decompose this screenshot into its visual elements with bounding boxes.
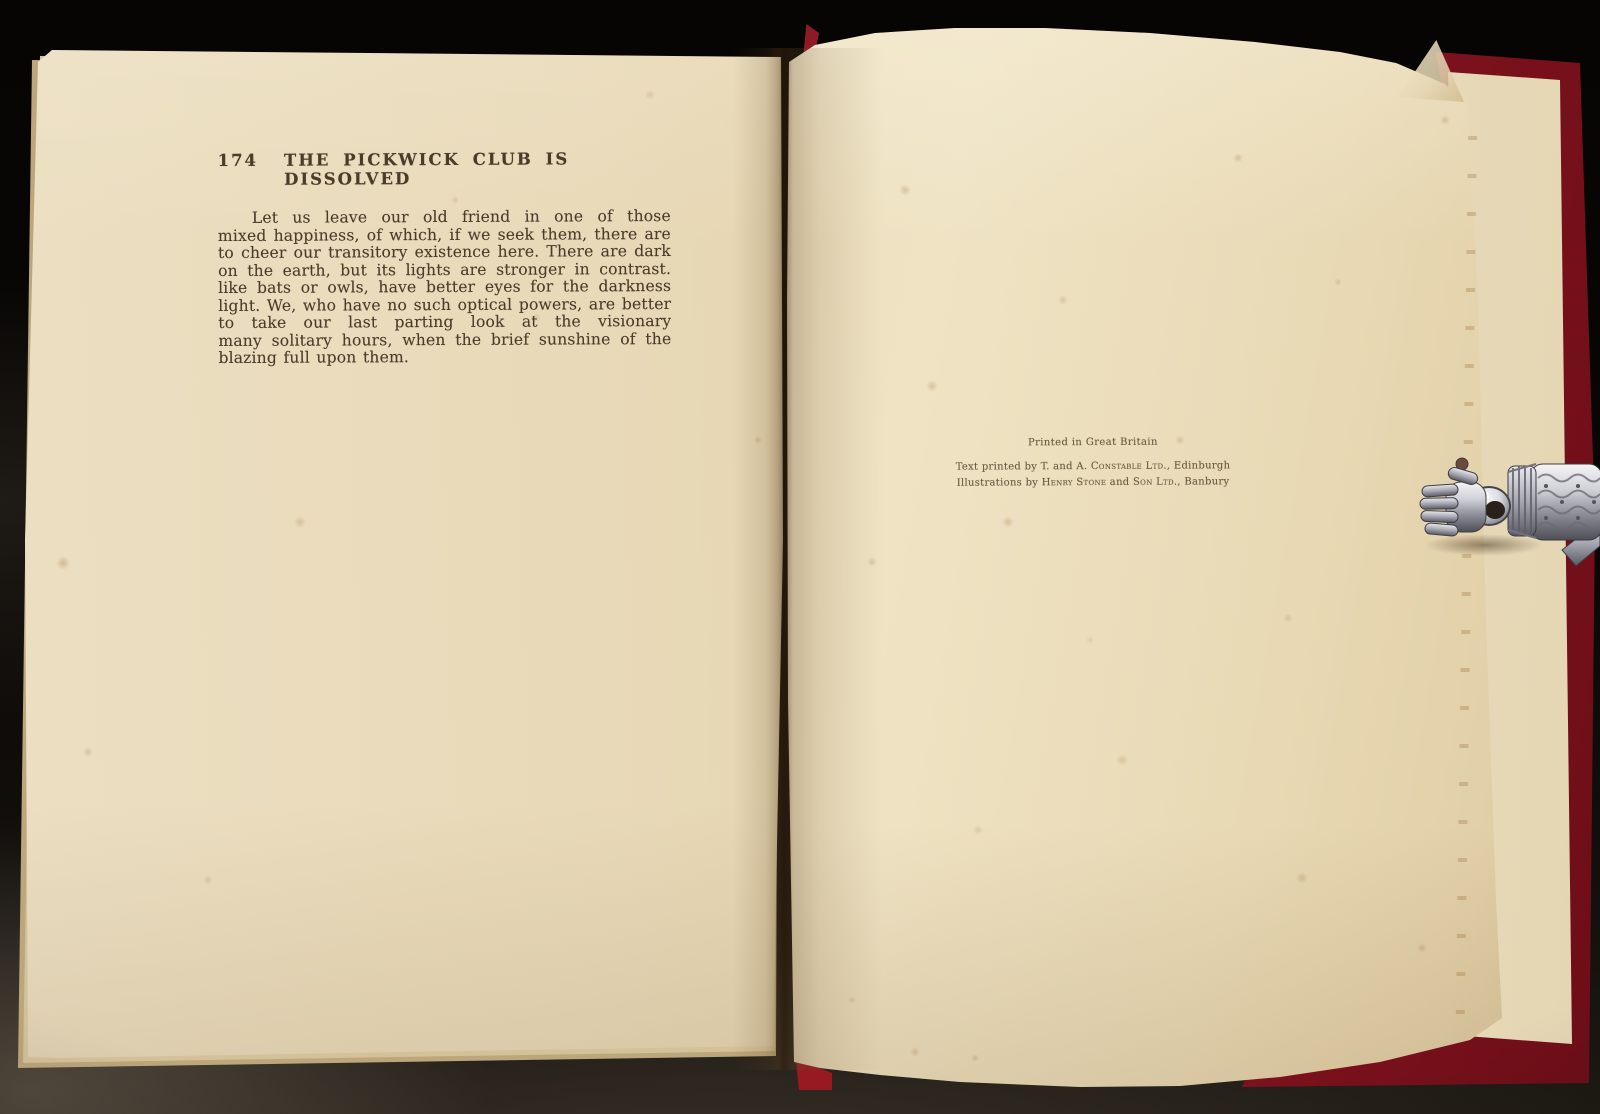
paragraph-line: Let us leave our old friend in one of th…	[218, 208, 671, 227]
foxing-spot	[1233, 153, 1243, 163]
foxing-spot	[1116, 754, 1128, 766]
clip-hand	[1420, 458, 1486, 536]
illustrator-name: Son Ltd.	[1133, 476, 1177, 487]
colophon-line-3: Illustrations by Henry Stone and Son Ltd…	[933, 474, 1253, 491]
colophon-text: Illustrations by	[957, 477, 1042, 488]
foxing-spot	[1296, 872, 1308, 884]
foxing-spot	[926, 380, 938, 392]
foxing-spot	[910, 1047, 920, 1057]
silver-hand-page-clip	[1410, 448, 1600, 570]
colophon-text: , Banbury	[1177, 476, 1229, 487]
running-header: 174 THE PICKWICK CLUB IS DISSOLVED	[218, 149, 671, 189]
foxing-spot	[1334, 278, 1342, 286]
foxing-spot	[1283, 613, 1293, 623]
paragraph-line: to cheer our transitory existence here. …	[218, 243, 671, 262]
foxing-spot	[899, 184, 911, 196]
foxing-spot	[1417, 943, 1427, 953]
foxing-spot	[294, 516, 306, 528]
paragraph-line: mixed happiness, of which, if we seek th…	[218, 226, 671, 245]
colophon-text: and	[1106, 476, 1133, 487]
foxing-spot	[1440, 115, 1450, 125]
page-number: 174	[218, 151, 259, 170]
paragraph-line: like bats or owls, have better eyes for …	[218, 278, 671, 297]
left-page-text-block: 174 THE PICKWICK CLUB IS DISSOLVED Let u…	[218, 149, 672, 367]
gutter-shadow	[733, 48, 883, 1070]
foxing-spot	[83, 747, 93, 757]
paragraph-line: light. We, who have no such optical powe…	[218, 296, 671, 315]
body-paragraph: Let us leave our old friend in one of th…	[218, 208, 672, 367]
foxing-spot	[973, 825, 983, 835]
foxing-spot	[1086, 636, 1094, 644]
clip-collar	[1508, 464, 1536, 538]
paragraph-line: many solitary hours, when the brief suns…	[218, 331, 671, 350]
colophon-block: Printed in Great Britain Text printed by…	[933, 436, 1253, 491]
foxing-spot	[203, 875, 213, 885]
illustrator-name: Henry Stone	[1042, 476, 1107, 487]
paragraph-line: blazing full upon them.	[218, 348, 671, 367]
foxing-spot	[1058, 295, 1068, 305]
colophon-text: Text printed by T. and A.	[956, 461, 1091, 473]
clip-engraved-barrel	[1530, 464, 1600, 540]
colophon-text: , Edinburgh	[1167, 460, 1231, 471]
open-book-photo: 174 THE PICKWICK CLUB IS DISSOLVED Let u…	[0, 0, 1600, 1114]
printer-name: Constable Ltd.	[1091, 461, 1167, 472]
foxing-spot	[1002, 516, 1014, 528]
paragraph-line: to take our last parting look at the vis…	[218, 313, 671, 332]
foxing-spot	[645, 90, 655, 100]
foxing-spot	[56, 556, 70, 570]
paragraph-line: on the earth, but its lights are stronge…	[218, 261, 671, 280]
colophon-line-1: Printed in Great Britain	[933, 436, 1253, 449]
running-header-title: THE PICKWICK CLUB IS DISSOLVED	[284, 149, 671, 189]
clip-ring-hole	[1485, 501, 1505, 519]
foxing-spot	[971, 1054, 979, 1062]
colophon-line-2: Text printed by T. and A. Constable Ltd.…	[933, 458, 1253, 475]
